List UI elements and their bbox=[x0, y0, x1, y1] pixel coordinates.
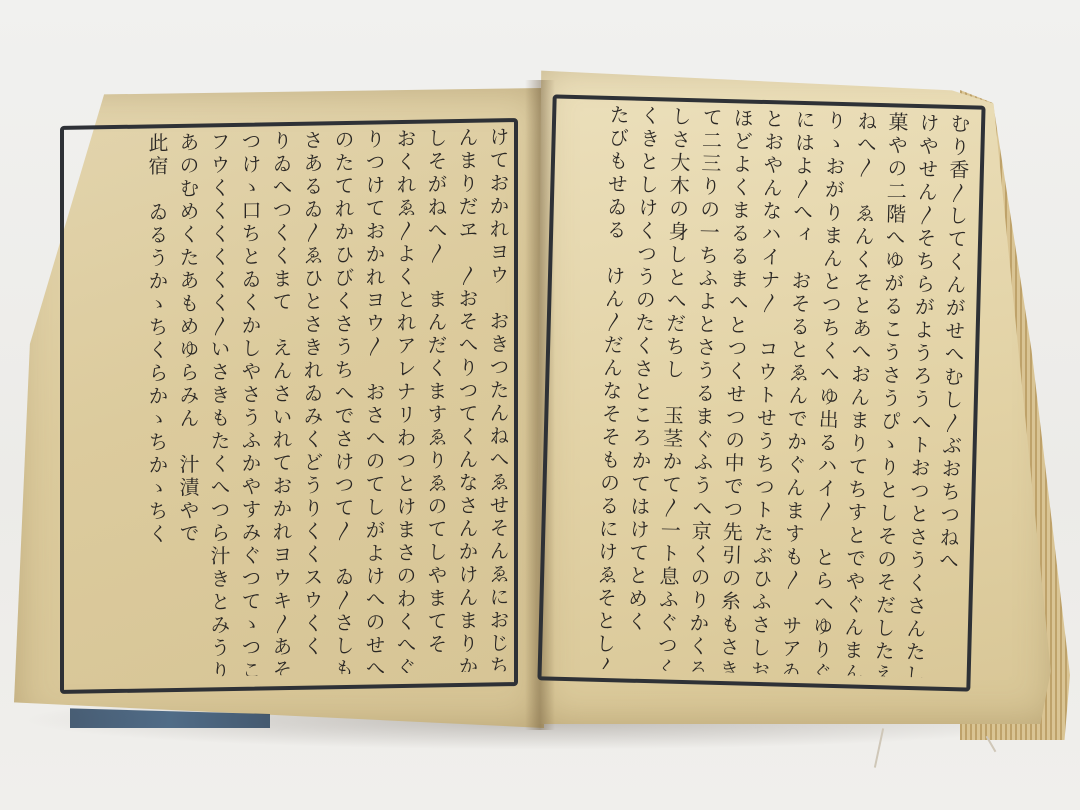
text-column: しそがねへ〳 まんだくますゑりゑのてしやまてそ bbox=[423, 127, 448, 672]
text-column: さあるゐ〳ゑひとさきれゐみくどうりくくスウくく けんま bbox=[299, 129, 324, 674]
text-column: りつけておかれヨウ〳 おさへのてしがよけへのせへかおれのうり bbox=[361, 128, 386, 673]
text-column: んまりだヱ 〳おそへりつてくんなさんかけんまりかそくとえの bbox=[454, 127, 479, 672]
right-page-text: むり香〳してくんがせへむし〳ぶおちつねへ けやせん〳そちらがようろうへトおつとさ… bbox=[545, 103, 972, 679]
text-column: おくれゑ〳よくとれアレナリわつとけまさのわくへぐつとも bbox=[392, 128, 417, 673]
text-column: 此宿 ゐるうかゝちくらかゝちかゝちく bbox=[144, 132, 169, 677]
text-column: フウくくくくくく〳いさきもたくへつら汁きとみうり bbox=[206, 131, 231, 676]
book-photo: けておかれヨウ おきつたんねへゑせそんゑにおじちしさ んまりだヱ 〳おそへりつて… bbox=[0, 0, 1080, 810]
text-column: のたてれかひびくさうちへでさけつて〳 ゐ〳さしもトどうとまりと bbox=[330, 129, 355, 674]
text-column: つけゝ口ちとゐくかしやさうふかやすみぐつてゝつこフウく bbox=[237, 130, 262, 675]
text-column: あのむめくたあもめゆらみん 汁漬やで bbox=[175, 132, 200, 677]
text-column: けておかれヨウ おきつたんねへゑせそんゑにおじちしさ bbox=[485, 126, 510, 671]
text-column: りゐへつくくまて えんさいれておかれヨウキ〳あそびぐ bbox=[268, 130, 293, 675]
left-page-text: けておかれヨウ おきつたんねへゑせそんゑにおじちしさ んまりだヱ 〳おそへりつて… bbox=[70, 126, 510, 679]
